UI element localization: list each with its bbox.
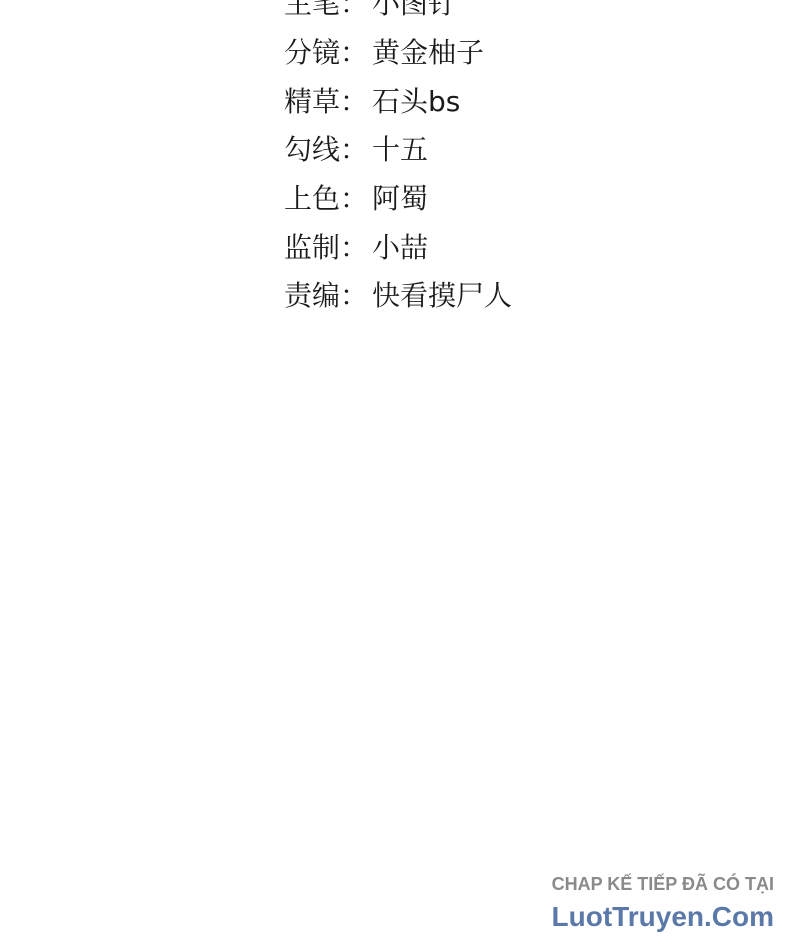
- site-name: LuotTruyen.Com: [552, 900, 774, 934]
- credit-role: 精草: [284, 80, 340, 120]
- credit-row-coloring: 上色：阿蜀: [284, 173, 512, 222]
- credit-separator: ：: [340, 80, 372, 120]
- credit-name: 阿蜀: [372, 177, 428, 217]
- credit-row-supervisor: 监制：小喆: [284, 221, 512, 270]
- credit-name: 石头bs: [372, 80, 460, 120]
- credit-separator: ：: [340, 177, 372, 217]
- credit-row-editor: 责编：快看摸尸人: [284, 270, 512, 319]
- credit-name: 十五: [372, 128, 428, 168]
- credit-separator: ：: [340, 226, 372, 266]
- credit-separator: ：: [340, 31, 372, 71]
- credit-name: 黄金柚子: [372, 31, 484, 71]
- credit-row-lineart: 勾线：十五: [284, 124, 512, 173]
- credit-separator: ：: [340, 128, 372, 168]
- credit-separator: ：: [340, 0, 372, 22]
- credit-row-main-artist: 主笔：小图钉: [284, 0, 512, 27]
- credit-name: 小图钉: [372, 0, 456, 22]
- credit-role: 分镜: [284, 31, 340, 71]
- next-chapter-notice: CHAP KẾ TIẾP ĐÃ CÓ TẠI: [552, 872, 774, 896]
- site-watermark: CHAP KẾ TIẾP ĐÃ CÓ TẠI LuotTruyen.Com: [552, 872, 774, 934]
- credit-role: 监制: [284, 226, 340, 266]
- credit-role: 上色: [284, 177, 340, 217]
- credits-list: 主笔：小图钉 分镜：黄金柚子 精草：石头bs 勾线：十五 上色：阿蜀 监制：小喆…: [284, 0, 512, 319]
- credit-separator: ：: [340, 274, 372, 314]
- credit-role: 勾线: [284, 128, 340, 168]
- credit-name: 小喆: [372, 226, 428, 266]
- credit-row-sketch: 精草：石头bs: [284, 75, 512, 124]
- credit-name: 快看摸尸人: [372, 274, 512, 314]
- credit-row-storyboard: 分镜：黄金柚子: [284, 27, 512, 76]
- credit-role: 主笔: [284, 0, 340, 22]
- credit-role: 责编: [284, 274, 340, 314]
